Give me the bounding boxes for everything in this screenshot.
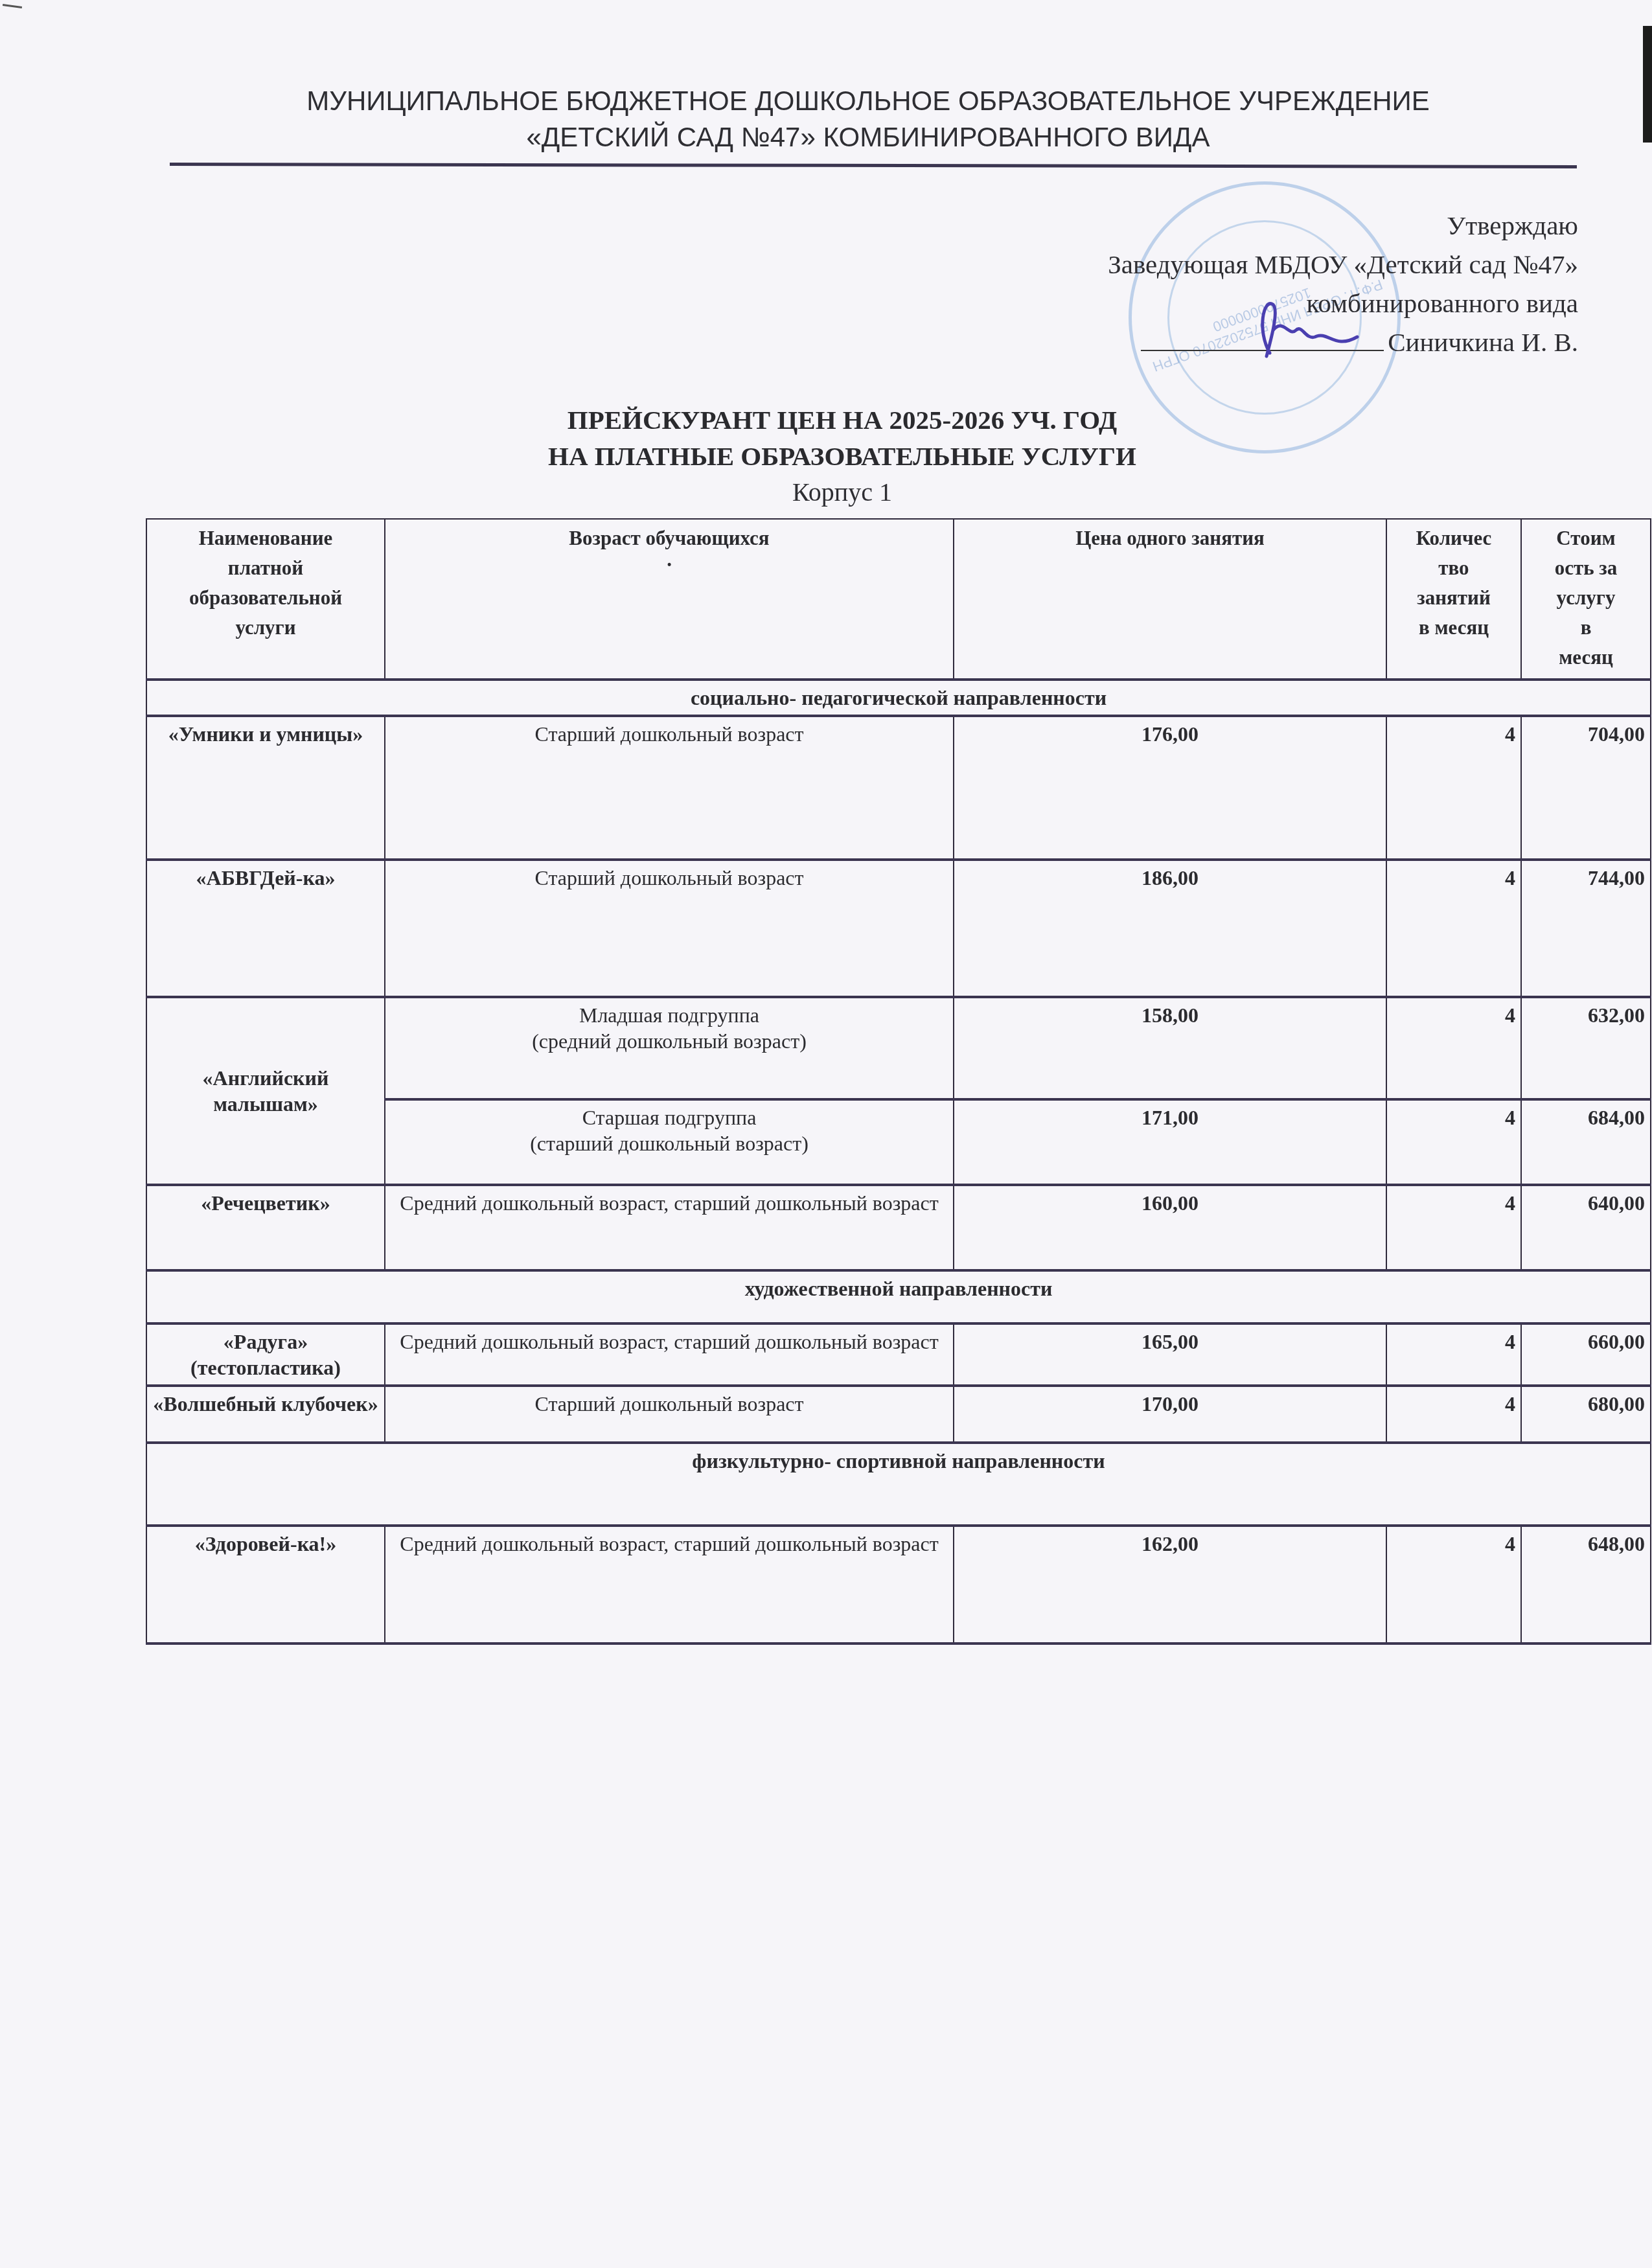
section-row-social: социально- педагогической направленности [146, 680, 1651, 716]
lessons-per-month: 4 [1386, 1323, 1521, 1386]
lesson-price: 186,00 [954, 860, 1386, 997]
lessons-per-month: 4 [1386, 1386, 1521, 1443]
table-row: «Английский малышам» Младшая подгруппа (… [146, 997, 1651, 1099]
section-title: социально- педагогической направленности [146, 680, 1651, 716]
lesson-price: 158,00 [954, 997, 1386, 1099]
price-table: Наименование платной образовательной усл… [146, 518, 1651, 1645]
section-row-sport: физкультурно- спортивной направленности [146, 1443, 1651, 1526]
signature-icon [1244, 292, 1360, 363]
lessons-per-month: 4 [1386, 1099, 1521, 1185]
table-row: «Речецветик» Средний дошкольный возраст,… [146, 1185, 1651, 1270]
table-row: «Волшебный клубочек» Старший дошкольный … [146, 1386, 1651, 1443]
lesson-price: 165,00 [954, 1323, 1386, 1386]
building-label: Корпус 1 [389, 477, 1296, 508]
column-header-price: Цена одного занятия [954, 519, 1386, 680]
table-header-row: Наименование платной образовательной усл… [146, 519, 1651, 680]
section-title: художественной направленности [146, 1270, 1651, 1323]
age-group: Средний дошкольный возраст, старший дошк… [385, 1185, 954, 1270]
lessons-per-month: 4 [1386, 1526, 1521, 1644]
monthly-cost: 680,00 [1521, 1386, 1651, 1443]
age-group: Средний дошкольный возраст, старший дошк… [385, 1526, 954, 1644]
lesson-price: 160,00 [954, 1185, 1386, 1270]
monthly-cost: 632,00 [1521, 997, 1651, 1099]
lessons-per-month: 4 [1386, 716, 1521, 860]
lesson-price: 171,00 [954, 1099, 1386, 1185]
service-name: «Английский малышам» [146, 997, 385, 1185]
section-title: физкультурно- спортивной направленности [146, 1443, 1651, 1526]
title-line1: ПРЕЙСКУРАНТ ЦЕН НА 2025-2026 УЧ. ГОД [389, 402, 1296, 438]
section-row-art: художественной направленности [146, 1270, 1651, 1323]
age-group: Старший дошкольный возраст [385, 716, 954, 860]
monthly-cost: 648,00 [1521, 1526, 1651, 1644]
column-header-count: Количес тво занятий в месяц [1386, 519, 1521, 680]
column-header-age: Возраст обучающихся . [385, 519, 954, 680]
monthly-cost: 660,00 [1521, 1323, 1651, 1386]
title-line2: НА ПЛАТНЫЕ ОБРАЗОВАТЕЛЬНЫЕ УСЛУГИ [389, 438, 1296, 474]
monthly-cost: 640,00 [1521, 1185, 1651, 1270]
scan-edge-shadow [1643, 26, 1652, 143]
age-group: Средний дошкольный возраст, старший дошк… [385, 1323, 954, 1386]
age-group: Младшая подгруппа (средний дошкольный во… [385, 997, 954, 1099]
age-group: Старший дошкольный возраст [385, 860, 954, 997]
table-row: «Здоровей-ка!» Средний дошкольный возрас… [146, 1526, 1651, 1644]
table-row: «АБВГДей-ка» Старший дошкольный возраст … [146, 860, 1651, 997]
lesson-price: 170,00 [954, 1386, 1386, 1443]
column-header-cost: Стоим ость за услугу в месяц [1521, 519, 1651, 680]
service-name: «Умники и умницы» [146, 716, 385, 860]
lesson-price: 162,00 [954, 1526, 1386, 1644]
service-name: «Радуга» (тестопластика) [146, 1323, 385, 1386]
age-group: Старший дошкольный возраст [385, 1386, 954, 1443]
lessons-per-month: 4 [1386, 997, 1521, 1099]
monthly-cost: 744,00 [1521, 860, 1651, 997]
service-name: «АБВГДей-ка» [146, 860, 385, 997]
monthly-cost: 704,00 [1521, 716, 1651, 860]
table-row: «Умники и умницы» Старший дошкольный воз… [146, 716, 1651, 860]
lessons-per-month: 4 [1386, 1185, 1521, 1270]
signatory-name: Синичкина И. В. [1388, 327, 1578, 357]
scan-artifact [3, 4, 22, 8]
header-divider [170, 163, 1577, 168]
approval-position: Заведующая МБДОУ «Детский сад №47» [1108, 245, 1578, 284]
org-name-line1: МУНИЦИПАЛЬНОЕ БЮДЖЕТНОЕ ДОШКОЛЬНОЕ ОБРАЗ… [168, 83, 1568, 119]
table-row: «Радуга» (тестопластика) Средний дошколь… [146, 1323, 1651, 1386]
price-table-container: Наименование платной образовательной усл… [146, 518, 1592, 1645]
service-name: «Здоровей-ка!» [146, 1526, 385, 1644]
lessons-per-month: 4 [1386, 860, 1521, 997]
service-name: «Речецветик» [146, 1185, 385, 1270]
org-name-line2: «ДЕТСКИЙ САД №47» КОМБИНИРОВАННОГО ВИДА [168, 119, 1568, 155]
service-name: «Волшебный клубочек» [146, 1386, 385, 1443]
approval-heading: Утверждаю [1108, 206, 1578, 245]
stray-dot: . [391, 553, 948, 566]
column-header-service: Наименование платной образовательной усл… [146, 519, 385, 680]
age-group: Старшая подгруппа (старший дошкольный во… [385, 1099, 954, 1185]
document-title: ПРЕЙСКУРАНТ ЦЕН НА 2025-2026 УЧ. ГОД НА … [389, 402, 1296, 474]
monthly-cost: 684,00 [1521, 1099, 1651, 1185]
organization-header: МУНИЦИПАЛЬНОЕ БЮДЖЕТНОЕ ДОШКОЛЬНОЕ ОБРАЗ… [168, 83, 1568, 155]
lesson-price: 176,00 [954, 716, 1386, 860]
